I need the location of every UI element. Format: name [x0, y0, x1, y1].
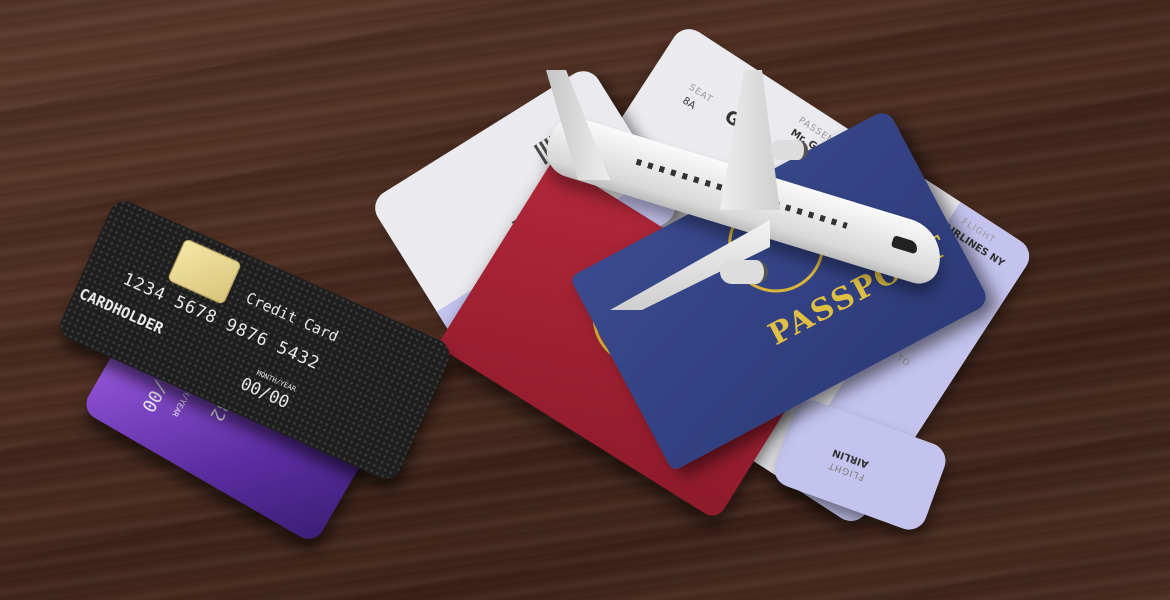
airplane-engine — [720, 260, 768, 284]
airplane-wing-top — [720, 70, 780, 210]
airplane-cockpit — [891, 235, 919, 254]
toy-airplane — [520, 70, 950, 330]
airplane-engine — [770, 140, 808, 160]
